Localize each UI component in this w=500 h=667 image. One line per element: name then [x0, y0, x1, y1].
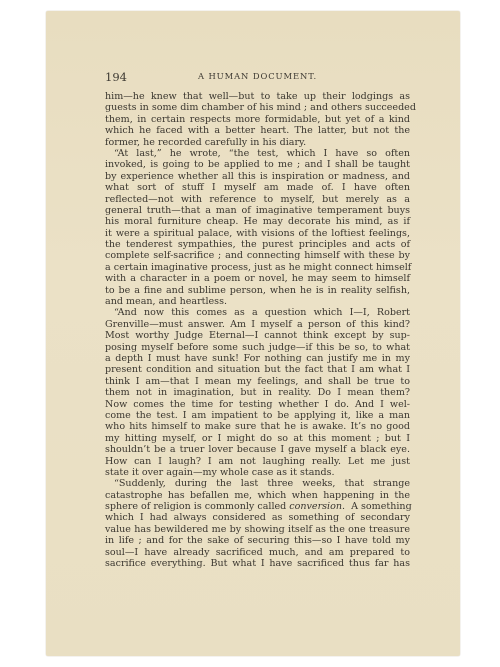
text-line: guests in some dim chamber of his mind ;… [105, 102, 410, 113]
text-line: what sort of stuff I myself am made of. … [105, 182, 410, 193]
text-line: state it over again—my whole case as it … [105, 467, 410, 478]
text-line: shouldn’t be a truer lover because I gav… [105, 444, 410, 455]
text-line: him—he knew that well—but to take up the… [105, 91, 410, 102]
text-line: sphere of religion is commonly called co… [105, 501, 410, 512]
text-line: a depth I must have sunk! For nothing ca… [105, 353, 410, 364]
text-line: a certain imaginative process, just as h… [105, 262, 410, 273]
text-line: “Suddenly, during the last three weeks, … [105, 478, 410, 489]
text-line: general truth—that a man of imaginative … [105, 205, 410, 216]
text-line: with a character in a poem or novel, he … [105, 273, 410, 284]
text-line: catastrophe has befallen me, which when … [105, 490, 410, 501]
running-title: A HUMAN DOCUMENT. [105, 71, 410, 81]
text-line: former, he recorded carefully in his dia… [105, 137, 410, 148]
text-line: Grenville—must answer. Am I myself a per… [105, 319, 410, 330]
text-line: which I had always considered as somethi… [105, 512, 410, 523]
text-line: sacrifice everything. But what I have sa… [105, 558, 410, 569]
text-line: it were a spiritual palace, with visions… [105, 228, 410, 239]
text-line: them, in certain respects more formidabl… [105, 114, 410, 125]
text-line: soul—I have already sacrificed much, and… [105, 547, 410, 558]
text-line: Now comes the time for testing whether I… [105, 399, 410, 410]
text-line: to be a fine and sublime person, when he… [105, 285, 410, 296]
text-line: and mean, and heartless. [105, 296, 410, 307]
text-line: invoked, is going to be applied to me ; … [105, 159, 410, 170]
text-line: which he faced with a better heart. The … [105, 125, 410, 136]
text-line: them not in imagination, but in reality.… [105, 387, 410, 398]
body-text: him—he knew that well—but to take up the… [105, 91, 410, 569]
text-segment: sphere of religion is commonly called [105, 501, 289, 512]
text-line: in life ; and for the sake of securing t… [105, 535, 410, 546]
text-line: think I am—that I mean my feelings, and … [105, 376, 410, 387]
text-line: my hitting myself, or I might do so at t… [105, 433, 410, 444]
text-line: reflected—not with reference to myself, … [105, 194, 410, 205]
text-line: posing myself before some such judge—if … [105, 342, 410, 353]
text-segment: A something [345, 501, 412, 512]
italic-term: conversion. [289, 501, 345, 512]
text-line: complete self-sacrifice ; and connecting… [105, 250, 410, 261]
page-header: 194 A HUMAN DOCUMENT. [105, 70, 410, 84]
text-line: come the test. I am impatient to be appl… [105, 410, 410, 421]
text-line: “And now this comes as a question which … [105, 307, 410, 318]
text-line: his moral furniture cheap. He may decora… [105, 216, 410, 227]
text-line: value has bewildered me by showing itsel… [105, 524, 410, 535]
text-line: the tenderest sympathies, the purest pri… [105, 239, 410, 250]
text-line: who hits himself to make sure that he is… [105, 421, 410, 432]
text-line: present condition and situation but the … [105, 364, 410, 375]
text-line: Most worthy Judge Eternal—I cannot think… [105, 330, 410, 341]
text-line: by experience whether all this is inspir… [105, 171, 410, 182]
text-line: “At last,” he wrote, “the test, which I … [105, 148, 410, 159]
text-line: How can I laugh? I am not laughing reall… [105, 456, 410, 467]
